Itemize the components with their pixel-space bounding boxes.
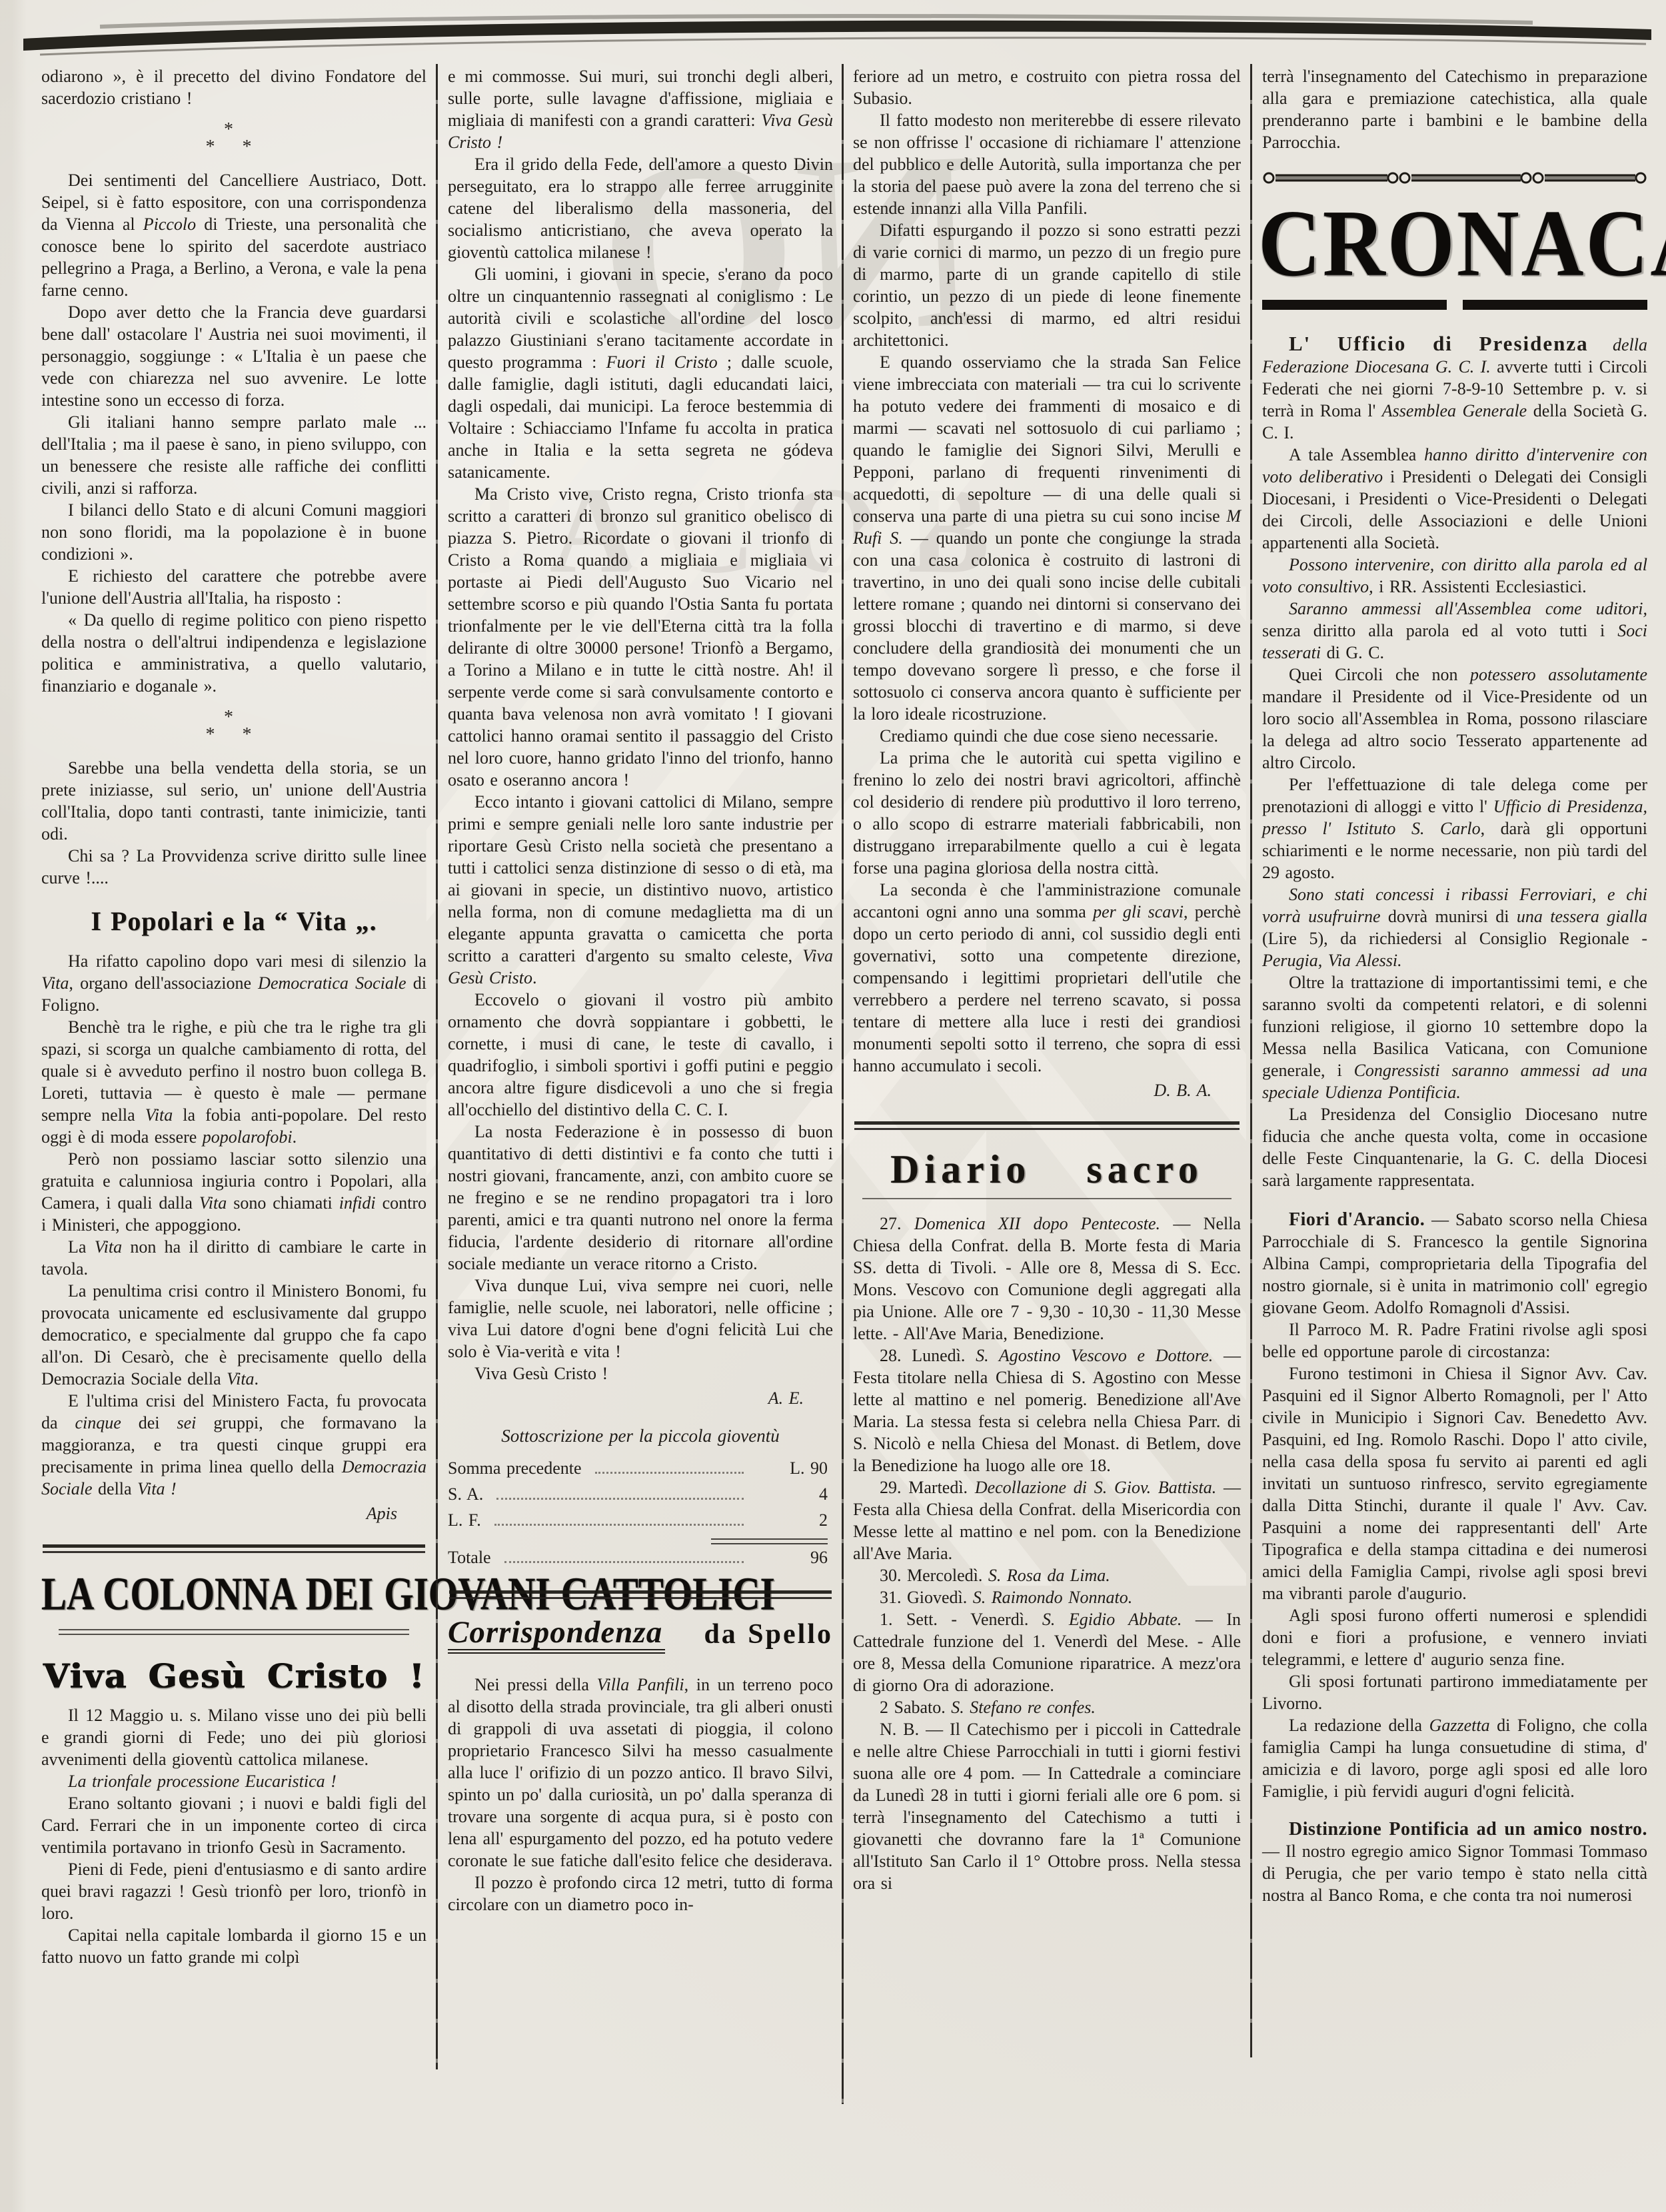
subscription-label: Somma precedente xyxy=(448,1457,582,1479)
text-run: Fuori il Cristo xyxy=(606,352,718,372)
text-run: 27. xyxy=(880,1214,914,1233)
paragraph: Gli uomini, i giovani in specie, s'erano… xyxy=(448,263,833,483)
text-run: La prima che le autorità cui spetta vigi… xyxy=(853,748,1241,877)
paragraph: La trionfale processione Eucaristica ! xyxy=(41,1770,426,1792)
paragraph: A tale Assemblea hanno diritto d'interve… xyxy=(1262,444,1647,554)
paragraph: 30. Mercoledì. S. Rosa da Lima. xyxy=(853,1564,1241,1586)
section-divider xyxy=(449,1590,832,1599)
paragraph: Il pozzo è profondo circa 12 metri, tutt… xyxy=(448,1872,833,1916)
paragraph: « Da quello di regime politico con pieno… xyxy=(41,609,426,697)
dotted-leader xyxy=(504,1561,744,1563)
paragraph: odiarono », è il precetto del divino Fon… xyxy=(41,65,426,109)
text-run: Dopo aver detto che la Francia deve guar… xyxy=(41,302,426,410)
star-line: * * xyxy=(41,139,426,156)
subscription-total-rule xyxy=(711,1538,828,1544)
bar-segment xyxy=(1463,300,1647,310)
text-run: La Presidenza del Consiglio Diocesano nu… xyxy=(1262,1105,1647,1190)
text-run: Eccovelo o giovani il vostro più ambito … xyxy=(448,990,833,1119)
paragraph: Viva Gesù Cristo ! xyxy=(448,1363,833,1384)
spacer xyxy=(1262,1802,1647,1818)
text-run: Chi sa ? La Provvidenza scrive diritto s… xyxy=(41,846,426,887)
subscription-title: Sottoscrizione per la piccola gioventù xyxy=(448,1425,833,1447)
text-run: S. Agostino Vescovo e Dottore. xyxy=(976,1346,1213,1365)
star-line: * * xyxy=(41,726,426,744)
text-run: — quando un ponte che congiunge la strad… xyxy=(853,528,1241,724)
text-run: Vita xyxy=(145,1105,173,1125)
author-signature: A. E. xyxy=(448,1387,833,1409)
paragraph: Fiori d'Arancio. — Sabato scorso nella C… xyxy=(1262,1209,1647,1319)
text-run: La xyxy=(68,1237,95,1257)
text-run: . xyxy=(532,968,537,987)
text-run: Gazzetta xyxy=(1429,1716,1490,1735)
paragraph: La seconda è che l'amministrazione comun… xyxy=(853,879,1241,1077)
text-run: sono chiamati xyxy=(227,1193,339,1213)
text-run: S. Raimondo Nonnato. xyxy=(973,1588,1132,1607)
text-run: Gli italiani hanno sempre parlato male .… xyxy=(41,412,426,498)
text-run: Decollazione di S. Giov. Battista. xyxy=(975,1478,1216,1497)
paragraph: Chi sa ? La Provvidenza scrive diritto s… xyxy=(41,845,426,889)
chain-ornament xyxy=(1262,169,1647,192)
text-run: 28. Lunedì. xyxy=(880,1346,976,1365)
author-signature: Apis xyxy=(41,1502,426,1524)
text-run: Difatti espurgando il pozzo si sono estr… xyxy=(853,221,1241,350)
text-run: Era il grido della Fede, dell'amore a qu… xyxy=(448,155,833,262)
text-run: Sarebbe una bella vendetta della storia,… xyxy=(41,758,426,843)
text-run: feriore ad un metro, e costruito con pie… xyxy=(853,67,1241,108)
text-run: potessero assolutamente xyxy=(1470,665,1647,684)
text-run: Assemblea Generale xyxy=(1382,401,1527,420)
text-run: Viva Gesù Cristo ! xyxy=(474,1364,608,1383)
column-3: feriore ad un metro, e costruito con pie… xyxy=(853,65,1241,1894)
thin-divider xyxy=(59,1629,409,1635)
paragraph: E quando osserviamo che la strada San Fe… xyxy=(853,351,1241,725)
subscription-value: 4 xyxy=(754,1483,833,1505)
text-run: Crediamo quindi che due cose sieno neces… xyxy=(880,726,1218,746)
text-run: 29. Martedì. xyxy=(880,1478,975,1497)
text-run: Nei pressi della xyxy=(474,1675,597,1694)
text-run: di G. C. xyxy=(1321,643,1384,662)
text-run: . xyxy=(293,1127,297,1147)
text-run: Gli sposi fortunati partirono immediatam… xyxy=(1262,1672,1647,1713)
text-run: I bilanci dello Stato e di alcuni Comuni… xyxy=(41,500,426,564)
headline-da-spello: da Spello xyxy=(704,1624,833,1654)
text-run: (Lire 5), da richiedersi al Consiglio Re… xyxy=(1262,929,1647,948)
text-run: infidi xyxy=(339,1193,376,1213)
column-1: odiarono », è il precetto del divino Fon… xyxy=(41,65,426,1968)
text-run: E quando osserviamo che la strada San Fe… xyxy=(853,352,1241,526)
text-run: — Nella Chiesa della Confrat. della B. M… xyxy=(853,1214,1241,1343)
paragraph: Sarebbe una bella vendetta della storia,… xyxy=(41,757,426,845)
subscription-value: 96 xyxy=(754,1546,833,1568)
asterisk-separator: ** * xyxy=(41,121,426,156)
paragraph: Saranno ammessi all'Assemblea come udito… xyxy=(1262,598,1647,664)
text-run: S. Egidio Abbate. xyxy=(1042,1610,1182,1629)
text-run: 30. Mercoledì. xyxy=(880,1566,988,1585)
paragraph: I bilanci dello Stato e di alcuni Comuni… xyxy=(41,499,426,565)
text-run: — Il nostro egregio amico Signor Tommasi… xyxy=(1262,1842,1647,1905)
text-run: odiarono », è il precetto del divino Fon… xyxy=(41,67,426,108)
paragraph: Il 12 Maggio u. s. Milano visse uno dei … xyxy=(41,1704,426,1770)
text-run: E richiesto del carattere che potrebbe a… xyxy=(41,566,426,608)
text-run: Il Parroco M. R. Padre Fratini rivolse a… xyxy=(1262,1320,1647,1361)
column-divider xyxy=(436,64,438,2069)
headline-la-colonna: LA COLONNA DEI GIOVANI CATTOLICI xyxy=(41,1570,426,1619)
paragraph: Gli italiani hanno sempre parlato male .… xyxy=(41,411,426,499)
paragraph: Quei Circoli che non potessero assolutam… xyxy=(1262,664,1647,774)
paragraph: Difatti espurgando il pozzo si sono estr… xyxy=(853,219,1241,351)
text-run: dovrà munirsi di xyxy=(1381,907,1517,926)
dotted-leader xyxy=(494,1524,744,1526)
text-run: Il 12 Maggio u. s. Milano visse uno dei … xyxy=(41,1706,426,1769)
column-divider xyxy=(842,64,844,2104)
subscription-value: L. 90 xyxy=(754,1457,833,1479)
text-run: senza diritto alla parola ed al voto tut… xyxy=(1262,621,1617,640)
text-run: Agli sposi furono offerti numerosi e spl… xyxy=(1262,1606,1647,1669)
asterisk-separator: ** * xyxy=(41,709,426,744)
paragraph: La Vita non ha il diritto di cambiare le… xyxy=(41,1236,426,1280)
text-run: sei xyxy=(177,1413,196,1432)
paragraph: 27. Domenica XII dopo Pentecoste. — Nell… xyxy=(853,1213,1241,1345)
section-divider xyxy=(43,1544,425,1553)
paragraph: Agli sposi furono offerti numerosi e spl… xyxy=(1262,1604,1647,1670)
author-signature: D. B. A. xyxy=(853,1079,1241,1101)
text-run: per gli scavi xyxy=(1093,902,1184,921)
text-run: Ha rifatto capolino dopo vari mesi di si… xyxy=(68,951,426,971)
text-run: . xyxy=(255,1369,259,1388)
text-run: una tessera gialla xyxy=(1517,907,1647,926)
text-run: ; dalle scuole, dalle famiglie, dagli is… xyxy=(448,352,833,482)
text-run: Erano soltanto giovani ; i nuovi e baldi… xyxy=(41,1794,426,1857)
paragraph: Per l'effettuazione di tale delega come … xyxy=(1262,774,1647,883)
subscription-label: L. F. xyxy=(448,1509,481,1531)
subscription-row: Somma precedenteL. 90 xyxy=(448,1455,833,1481)
paragraph: Distinzione Pontificia ad un amico nostr… xyxy=(1262,1818,1647,1906)
headline-diario-sacro: Diario sacro xyxy=(853,1147,1241,1191)
text-run: cinque xyxy=(75,1413,121,1432)
paragraph: Viva dunque Lui, viva sempre nei cuori, … xyxy=(448,1275,833,1363)
text-run: 1. Sett. - Venerdì. xyxy=(880,1610,1042,1629)
headline-popolari-vita: I Popolari e la “ Vita „. xyxy=(41,906,426,937)
text-run: terrà l'insegnamento del Catechismo in p… xyxy=(1262,67,1647,152)
headline-corrispondenza: Corrispondenza xyxy=(448,1622,665,1654)
text-run: Saranno ammessi all'Assemblea come udito… xyxy=(1289,599,1647,618)
bar-segment xyxy=(1262,300,1447,310)
paragraph: Capitai nella capitale lombarda il giorn… xyxy=(41,1924,426,1968)
masthead-cronaca: CRONACA xyxy=(1258,196,1647,291)
paragraph: Dei sentimenti del Cancelliere Austriaco… xyxy=(41,169,426,301)
chain-ornament-icon xyxy=(1262,169,1647,187)
text-run: La nosta Federazione è in possesso di bu… xyxy=(448,1122,833,1273)
text-run: Villa Panfili xyxy=(597,1675,684,1694)
paragraph: Furono testimoni in Chiesa il Signor Avv… xyxy=(1262,1363,1647,1604)
paragraph: 31. Giovedì. S. Raimondo Nonnato. xyxy=(853,1586,1241,1608)
paragraph: Pieni di Fede, pieni d'entusiasmo e di s… xyxy=(41,1858,426,1924)
paragraph: Oltre la trattazione di importantissimi … xyxy=(1262,971,1647,1103)
paragraph: Gli sposi fortunati partirono immediatam… xyxy=(1262,1670,1647,1714)
text-run: 2 Sabato. xyxy=(880,1698,951,1717)
subscription-total-row: Totale96 xyxy=(448,1544,833,1570)
subscription-value: 2 xyxy=(754,1509,833,1531)
dotted-leader xyxy=(595,1472,744,1474)
headline-viva-gesu-cristo: Viva Gesù Cristo ! xyxy=(41,1658,426,1695)
spacer xyxy=(1262,1191,1647,1209)
text-run: i RR. Assistenti Ecclesiastici. xyxy=(1373,577,1587,596)
column-2: e mi commosse. Sui muri, sui tronchi deg… xyxy=(448,65,833,1916)
paragraph: Sono stati concessi i ribassi Ferroviari… xyxy=(1262,883,1647,971)
black-divider-bar xyxy=(1262,300,1647,310)
text-run: S. Rosa da Lima. xyxy=(988,1566,1110,1585)
paragraph: La penultima crisi contro il Ministero B… xyxy=(41,1280,426,1390)
text-run: A tale Assemblea xyxy=(1289,445,1424,464)
text-run: dei xyxy=(121,1413,177,1432)
text-run: Piccolo xyxy=(143,215,196,234)
text-run: N. B. — Il Catechismo per i piccoli in C… xyxy=(853,1720,1241,1893)
text-run: Vita xyxy=(41,973,69,993)
text-run: Furono testimoni in Chiesa il Signor Avv… xyxy=(1262,1364,1647,1603)
text-run: Distinzione Pontificia ad un amico nostr… xyxy=(1289,1819,1647,1840)
section-divider xyxy=(854,1121,1240,1130)
text-run: Democratica Sociale xyxy=(258,973,406,993)
paragraph: 2 Sabato. S. Stefano re confes. xyxy=(853,1696,1241,1718)
text-run: Il pozzo è profondo circa 12 metri, tutt… xyxy=(448,1873,833,1914)
text-run: Ecco intanto i giovani cattolici di Mila… xyxy=(448,792,833,965)
paragraph: Ha rifatto capolino dopo vari mesi di si… xyxy=(41,950,426,1016)
paragraph: 28. Lunedì. S. Agostino Vescovo e Dottor… xyxy=(853,1345,1241,1476)
subscription-label: S. A. xyxy=(448,1483,483,1505)
text-run: popolarofobi xyxy=(203,1127,293,1147)
subscription-row: S. A.4 xyxy=(448,1481,833,1507)
paragraph: Benchè tra le righe, e più che tra le ri… xyxy=(41,1016,426,1148)
paragraph: La redazione della Gazzetta di Foligno, … xyxy=(1262,1714,1647,1802)
newspaper-page: NO JACOB odiarono », è il precetto del d… xyxy=(0,0,1666,2212)
paragraph: E l'ultima crisi del Ministero Facta, fu… xyxy=(41,1390,426,1500)
paragraph: Ma Cristo vive, Cristo regna, Cristo tri… xyxy=(448,483,833,791)
text-run: Viva dunque Lui, viva sempre nei cuori, … xyxy=(448,1276,833,1361)
text-run: mandare il Presidente od il Vice-Preside… xyxy=(1262,687,1647,772)
text-run: Quei Circoli che non xyxy=(1289,665,1470,684)
text-run: Capitai nella capitale lombarda il giorn… xyxy=(41,1926,426,1967)
paragraph: La prima che le autorità cui spetta vigi… xyxy=(853,747,1241,879)
paragraph: feriore ad un metro, e costruito con pie… xyxy=(853,65,1241,109)
paragraph: 1. Sett. - Venerdì. S. Egidio Abbate. — … xyxy=(853,1608,1241,1696)
text-run: Vita xyxy=(199,1193,227,1213)
paragraph: Ecco intanto i giovani cattolici di Mila… xyxy=(448,791,833,989)
page-top-edge-band xyxy=(0,0,1666,63)
subscription-label: Totale xyxy=(448,1546,491,1568)
text-run: , perchè dopo un certo periodo di anni, … xyxy=(853,902,1241,1075)
text-run: Ma Cristo vive, Cristo regna, Cristo tri… xyxy=(448,484,833,790)
column-4: terrà l'insegnamento del Catechismo in p… xyxy=(1262,65,1647,1906)
text-run: Vita ! xyxy=(137,1479,177,1498)
text-run: , in un terreno poco al disotto della st… xyxy=(448,1675,833,1870)
paragraph: e mi commosse. Sui muri, sui tronchi deg… xyxy=(448,65,833,153)
paragraph: Eccovelo o giovani il vostro più ambito … xyxy=(448,989,833,1121)
text-run: Vita xyxy=(227,1369,254,1388)
paragraph: Possono intervenire, con diritto alla pa… xyxy=(1262,554,1647,598)
text-run: Fiori d'Arancio. xyxy=(1289,1209,1425,1230)
text-run: della xyxy=(93,1479,138,1498)
text-run: La trionfale processione Eucaristica ! xyxy=(68,1772,337,1791)
text-run: 31. Giovedì. xyxy=(880,1588,973,1607)
dotted-leader xyxy=(496,1498,744,1500)
paragraph: 29. Martedì. Decollazione di S. Giov. Ba… xyxy=(853,1476,1241,1564)
text-run: — Festa titolare nella Chiesa di S. Agos… xyxy=(853,1346,1241,1475)
paragraph: L' Ufficio di Presidenza della Federazio… xyxy=(1262,332,1647,444)
text-run: Pieni di Fede, pieni d'entusiasmo e di s… xyxy=(41,1860,426,1923)
paragraph: N. B. — Il Catechismo per i piccoli in C… xyxy=(853,1718,1241,1894)
thin-divider xyxy=(862,1198,1232,1199)
text-run: La redazione della xyxy=(1289,1716,1429,1735)
paragraph: La nosta Federazione è in possesso di bu… xyxy=(448,1121,833,1275)
subscription-row: L. F.2 xyxy=(448,1507,833,1533)
text-run: Domenica XII dopo Pentecoste. xyxy=(914,1214,1160,1233)
text-run: Perugia, Via Alessi. xyxy=(1262,951,1402,970)
text-run: « Da quello di regime politico con pieno… xyxy=(41,610,426,696)
paragraph: Erano soltanto giovani ; i nuovi e baldi… xyxy=(41,1792,426,1858)
text-run: Il fatto modesto non meriterebbe di esse… xyxy=(853,111,1241,218)
paragraph: La Presidenza del Consiglio Diocesano nu… xyxy=(1262,1103,1647,1191)
paragraph: terrà l'insegnamento del Catechismo in p… xyxy=(1262,65,1647,153)
text-run: , organo dell'associazione xyxy=(69,973,258,993)
paragraph: Nei pressi della Villa Panfili, in un te… xyxy=(448,1674,833,1872)
text-run: S. Stefano re confes. xyxy=(951,1698,1096,1717)
text-run: L' Ufficio di Presidenza xyxy=(1289,332,1589,355)
paragraph: Dopo aver detto che la Francia deve guar… xyxy=(41,301,426,411)
paragraph: Il Parroco M. R. Padre Fratini rivolse a… xyxy=(1262,1319,1647,1363)
paragraph: E richiesto del carattere che potrebbe a… xyxy=(41,565,426,609)
text-run: Vita xyxy=(95,1237,122,1257)
paragraph: Crediamo quindi che due cose sieno neces… xyxy=(853,725,1241,747)
paragraph: Il fatto modesto non meriterebbe di esse… xyxy=(853,109,1241,219)
paragraph: Era il grido della Fede, dell'amore a qu… xyxy=(448,153,833,263)
paragraph: Però non possiamo lasciar sotto silenzio… xyxy=(41,1148,426,1236)
diario-sacro-header: Diario sacro xyxy=(853,1147,1241,1199)
correspondence-header: Corrispondenzada Spello xyxy=(448,1622,833,1654)
column-divider xyxy=(1250,64,1252,2057)
